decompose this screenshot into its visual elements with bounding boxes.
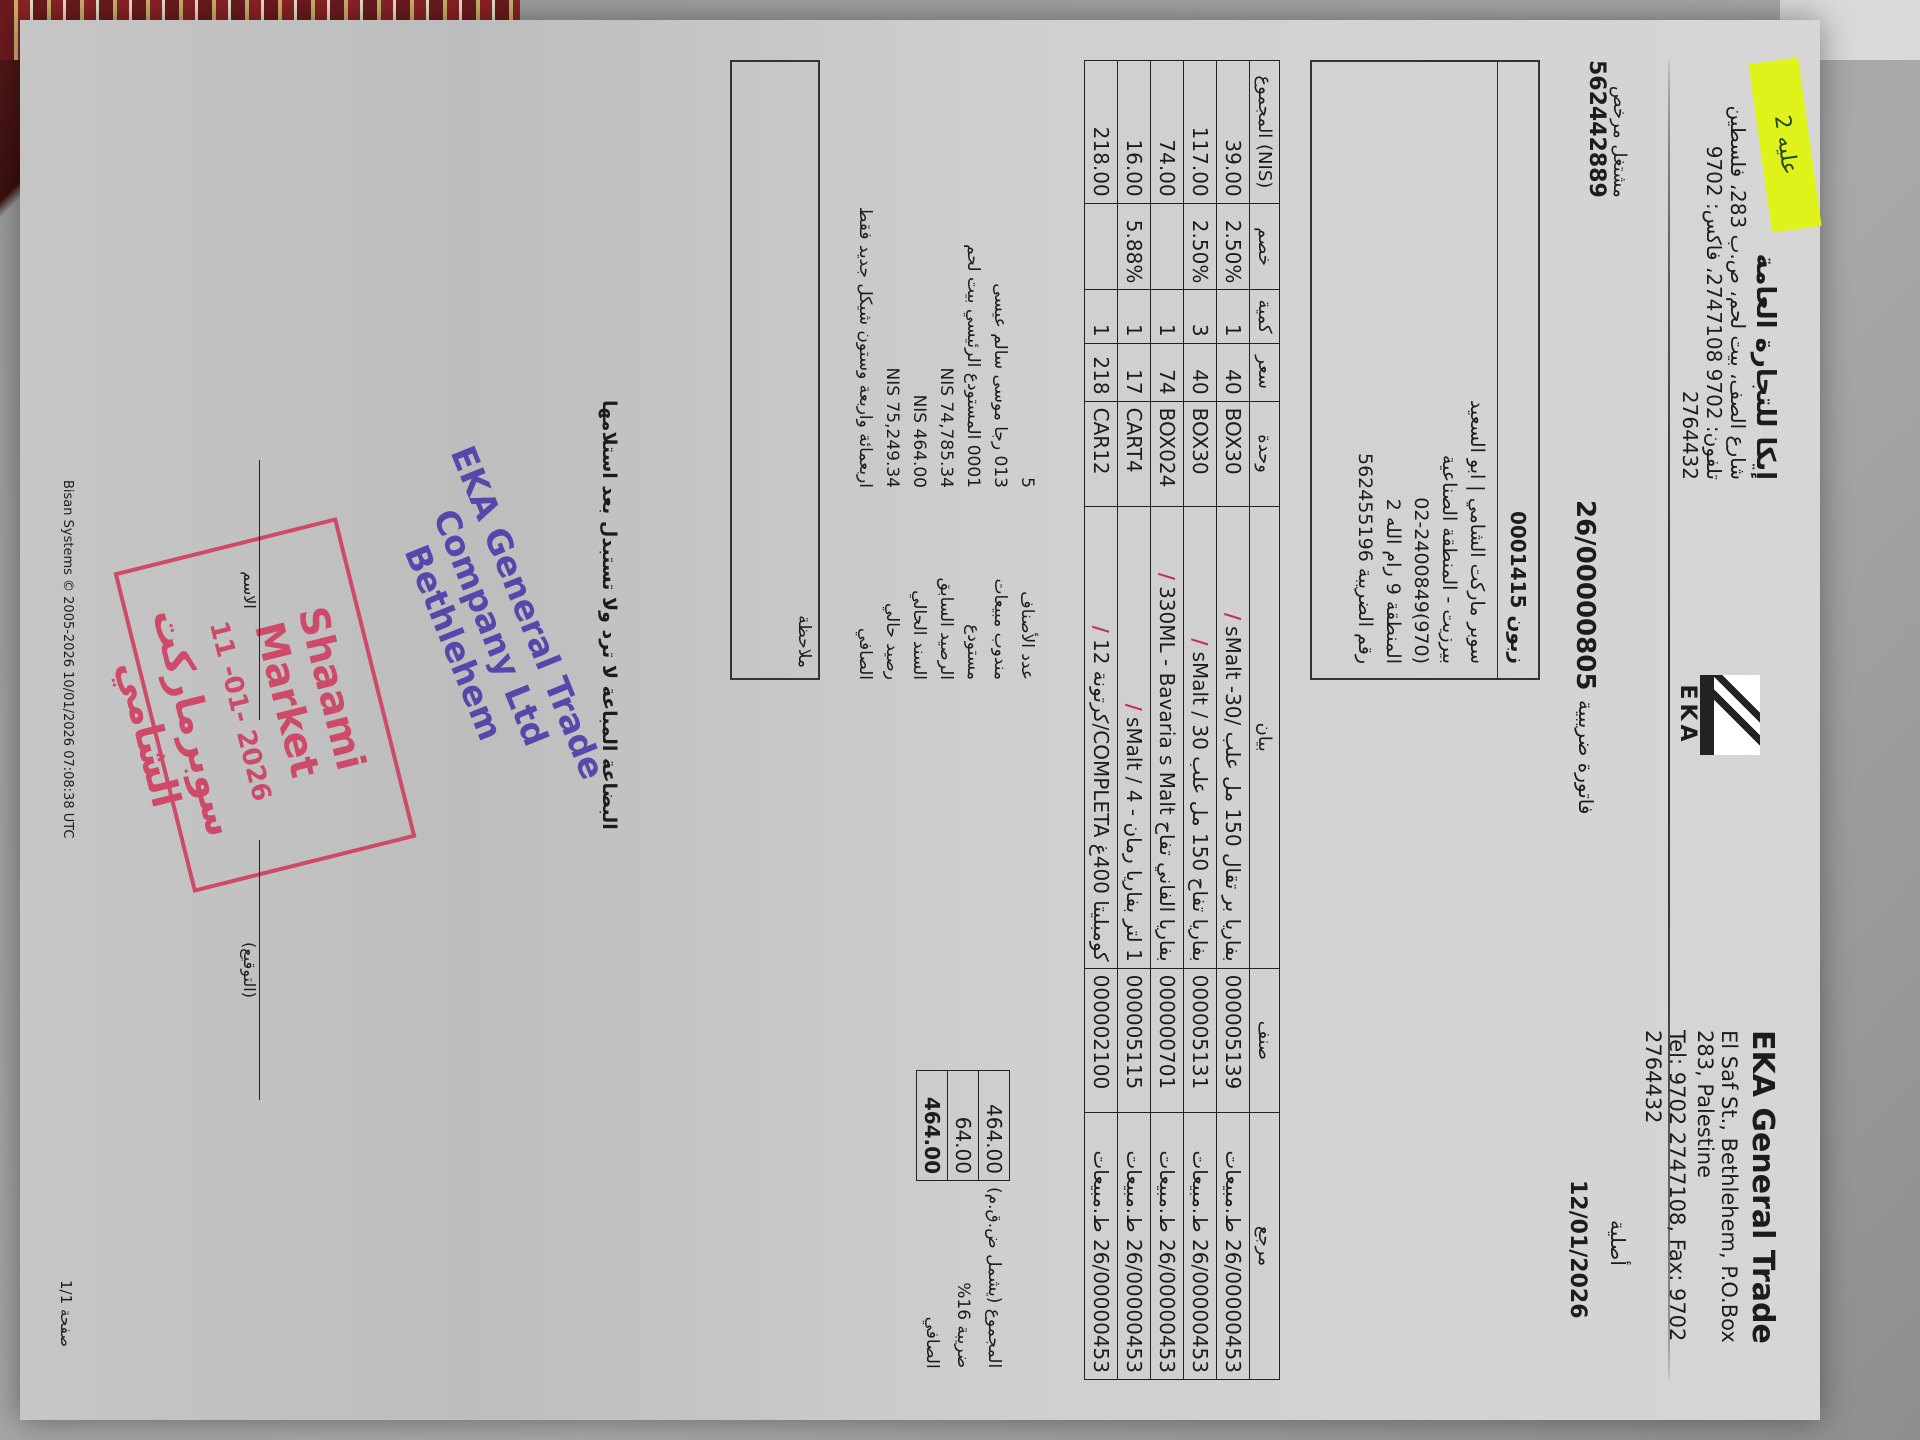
cell-reference: 26/00000453 ط.مبيعات [1151, 1113, 1184, 1380]
cell-discount [1151, 203, 1184, 290]
col-discount: خصم [1250, 203, 1280, 290]
logo-text: EKA [1675, 660, 1700, 770]
invoice-type: فاتورة ضريبية [1574, 700, 1598, 814]
col-price: سعر [1250, 343, 1280, 401]
table-row: 117.002.50%340BOX30بفاريا تفاح 150 مل عل… [1184, 61, 1217, 1380]
summary-value: اربعمائة واربعة وستون شيكل جديد فقط [851, 207, 878, 488]
description-text: 1 لتر بفاريا رمان - 4 / sMalt [1122, 717, 1146, 962]
summary-value: 5 [1013, 477, 1040, 488]
col-reference: مرجع [1250, 1113, 1280, 1380]
company-logo: EKA [1660, 660, 1760, 770]
description-text: بفاريا بر تقال 150 مل علب /30- sMalt [1221, 626, 1245, 962]
net-label: الصافي [917, 1181, 948, 1375]
cell-description: بفاريا الفاني تفاح 330ML - Bavaria s Mal… [1151, 506, 1184, 968]
cell-reference: 26/00000453 ط.مبيعات [1085, 1113, 1118, 1380]
summary-row: مستودع0001 المستودع الرئيسي بيت لحم [959, 60, 986, 680]
company-contact-ar: تلفون: 9702 2747108، فاكس: 9702 2764432 [1678, 60, 1726, 480]
cell-total: 74.00 [1151, 61, 1184, 204]
cell-code: 000005115 [1118, 968, 1151, 1112]
company-header-en: EKA General Trade El Saf St., Bethlehem,… [1641, 1030, 1780, 1390]
net-value: 464.00 [917, 1071, 948, 1181]
tax-value: 64.00 [948, 1071, 979, 1181]
cell-unit: CAR12 [1085, 401, 1118, 506]
cell-unit: BOX30 [1184, 401, 1217, 506]
cell-total: 16.00 [1118, 61, 1151, 204]
cell-code: 000005139 [1217, 968, 1250, 1112]
cell-price: 40 [1184, 343, 1217, 401]
checkmark-icon: / [1221, 613, 1245, 620]
col-code: صنف [1250, 968, 1280, 1112]
account-summary: عدد الأصناف5مندوب مبيعات013 رجا موسى سال… [851, 60, 1040, 680]
cell-qty: 1 [1151, 290, 1184, 343]
cell-discount: 2.50% [1217, 203, 1250, 290]
cell-code: 000005131 [1184, 968, 1217, 1112]
cell-total: 218.00 [1085, 61, 1118, 204]
checkmark-icon: / [1188, 638, 1212, 645]
summary-value: 464.00 NIS [905, 395, 932, 488]
company-name-ar: إيكا للتجارة العامة [1750, 60, 1780, 480]
receipt-stamp: Shaami Market 11 -01- 2026 سوبرماركت الش… [113, 517, 416, 893]
subtotal-value: 464.00 [979, 1071, 1010, 1181]
cell-discount: 5.88% [1118, 203, 1151, 290]
col-unit: وحدة [1250, 401, 1280, 506]
customer-line: (970)02-2400849 [1407, 76, 1435, 664]
summary-value: 013 رجا موسى سالم عيسى [986, 283, 1013, 488]
summary-row: عدد الأصناف5 [1013, 60, 1040, 680]
description-text: كومبليتا 400غ COMPLETA/كرتونة 12 [1089, 639, 1113, 962]
cell-unit: BOX024 [1151, 401, 1184, 506]
cell-discount [1085, 203, 1118, 290]
customer-line: المنطقة 9 رام الله 2 [1379, 76, 1407, 664]
notes-label: ملاحظة [794, 615, 814, 668]
cell-reference: 26/00000453 ط.مبيعات [1118, 1113, 1151, 1380]
summary-value: 74,785.34 NIS [932, 368, 959, 488]
description-text: بفاريا تفاح 150 مل علب 30 / sMalt [1188, 652, 1212, 962]
company-name-en: EKA General Trade [1745, 1030, 1780, 1390]
cell-price: 218 [1085, 343, 1118, 401]
summary-label: مندوب مبيعات [986, 500, 1013, 680]
tax-row: 64.00 ضريبة 16% [948, 1071, 979, 1375]
company-address-en: El Saf St., Bethlehem, P.O.Box 283, Pale… [1693, 1030, 1741, 1390]
summary-label: السند الحالي [905, 500, 932, 680]
summary-label: مستودع [959, 500, 986, 680]
summary-row: رصيد حالي75,249.34 NIS [878, 60, 905, 680]
col-qty: كمية [1250, 290, 1280, 343]
checkmark-icon: / [1089, 626, 1113, 633]
company-address-ar: شارع الصف، بيت لحم، ص.ب 283، فلسطين [1726, 60, 1750, 480]
summary-label: عدد الأصناف [1013, 500, 1040, 680]
cell-code: 000002100 [1085, 968, 1118, 1112]
col-description: بيان [1250, 506, 1280, 968]
summary-label: الصافي [851, 500, 878, 680]
invoice-page: عليه 2 EKA General Trade El Saf St., Bet… [20, 20, 1820, 1420]
subtotal-row: 464.00 المجموع (يشمل ض.ق.م) [979, 1071, 1010, 1375]
cell-price: 74 [1151, 343, 1184, 401]
cell-price: 17 [1118, 343, 1151, 401]
summary-value: 0001 المستودع الرئيسي بيت لحم [959, 244, 986, 488]
summary-label: الرصيد السابق [932, 500, 959, 680]
cell-total: 117.00 [1184, 61, 1217, 204]
customer-box: زبون 0001415 سوبر ماركت الشامي | ابو الس… [1310, 60, 1540, 680]
cell-qty: 3 [1184, 290, 1217, 343]
col-total: المجموع (NIS) [1250, 61, 1280, 204]
cell-reference: 26/00000453 ط.مبيعات [1217, 1113, 1250, 1380]
software-footer: Bisan Systems © 2005-2026 10/01/2026 07:… [60, 480, 75, 839]
licensed-number: 562442889 [1584, 60, 1609, 198]
copy-label: أصلية [1606, 1220, 1630, 1266]
items-table: المجموع (NIS) خصم كمية سعر وحدة بيان صنف… [1084, 60, 1280, 1380]
notes-box: ملاحظة [730, 60, 820, 680]
summary-row: الصافياربعمائة واربعة وستون شيكل جديد فق… [851, 60, 878, 680]
company-contact-en: Tel: 9702 2747108, Fax: 9702 2764432 [1641, 1030, 1689, 1390]
cell-price: 40 [1217, 343, 1250, 401]
page-number: صفحة 1/1 [57, 1280, 75, 1347]
table-row: 16.005.88%117CART41 لتر بفاريا رمان - 4 … [1118, 61, 1151, 1380]
cell-total: 39.00 [1217, 61, 1250, 204]
cell-qty: 1 [1217, 290, 1250, 343]
cell-description: بفاريا تفاح 150 مل علب 30 / sMalt/ [1184, 506, 1217, 968]
invoice-date: 12/01/2026 [1565, 1180, 1590, 1319]
invoice-number: 26/00000805 [1570, 500, 1600, 690]
cell-qty: 1 [1118, 290, 1151, 343]
customer-line: رقم الضريبة 562455196 [1351, 76, 1379, 664]
table-row: 39.002.50%140BOX30بفاريا بر تقال 150 مل … [1217, 61, 1250, 1380]
cell-code: 000000701 [1151, 968, 1184, 1112]
cell-unit: CART4 [1118, 401, 1151, 506]
company-stamp: EKA General Trade Company Ltd Bethlehem [368, 440, 613, 815]
customer-number: زبون 0001415 [1497, 62, 1538, 678]
customer-line: سوبر ماركت الشامي | ابو السعيد [1463, 76, 1491, 664]
header-divider [1668, 60, 1670, 1380]
summary-label: رصيد حالي [878, 500, 905, 680]
cell-description: بفاريا بر تقال 150 مل علب /30- sMalt/ [1217, 506, 1250, 968]
checkmark-icon: / [1122, 704, 1146, 711]
signature-line: (التوقيع) [240, 840, 260, 1100]
licensed-label: مشتغل مرخص [1609, 86, 1630, 198]
table-row: 74.00174BOX024بفاريا الفاني تفاح 330ML -… [1151, 61, 1184, 1380]
totals-table: 464.00 المجموع (يشمل ض.ق.م) 64.00 ضريبة … [916, 1070, 1010, 1375]
eka-logo-icon [1700, 675, 1760, 755]
description-text: بفاريا الفاني تفاح 330ML - Bavaria s Mal… [1155, 586, 1179, 962]
cell-discount: 2.50% [1184, 203, 1217, 290]
cell-description: كومبليتا 400غ COMPLETA/كرتونة 12/ [1085, 506, 1118, 968]
subtotal-label: المجموع (يشمل ض.ق.م) [979, 1181, 1010, 1375]
cell-qty: 1 [1085, 290, 1118, 343]
table-header-row: المجموع (NIS) خصم كمية سعر وحدة بيان صنف… [1250, 61, 1280, 1380]
net-row: 464.00 الصافي [917, 1071, 948, 1375]
cell-description: 1 لتر بفاريا رمان - 4 / sMalt/ [1118, 506, 1151, 968]
licensed-dealer: مشتغل مرخص 562442889 [1584, 60, 1630, 198]
name-line: الاسم [240, 460, 260, 720]
summary-row: الرصيد السابق74,785.34 NIS [932, 60, 959, 680]
cell-unit: BOX30 [1217, 401, 1250, 506]
table-row: 218.001218CAR12كومبليتا 400غ COMPLETA/كر… [1085, 61, 1118, 1380]
checkmark-icon: / [1155, 573, 1179, 580]
summary-row: السند الحالي464.00 NIS [905, 60, 932, 680]
customer-line: بيرزيت - المنطقة الصناعية [1435, 76, 1463, 664]
cell-reference: 26/00000453 ط.مبيعات [1184, 1113, 1217, 1380]
summary-row: مندوب مبيعات013 رجا موسى سالم عيسى [986, 60, 1013, 680]
tax-label: ضريبة 16% [948, 1181, 979, 1375]
summary-value: 75,249.34 NIS [878, 368, 905, 488]
company-header-ar: إيكا للتجارة العامة شارع الصف، بيت لحم، … [1678, 60, 1780, 480]
